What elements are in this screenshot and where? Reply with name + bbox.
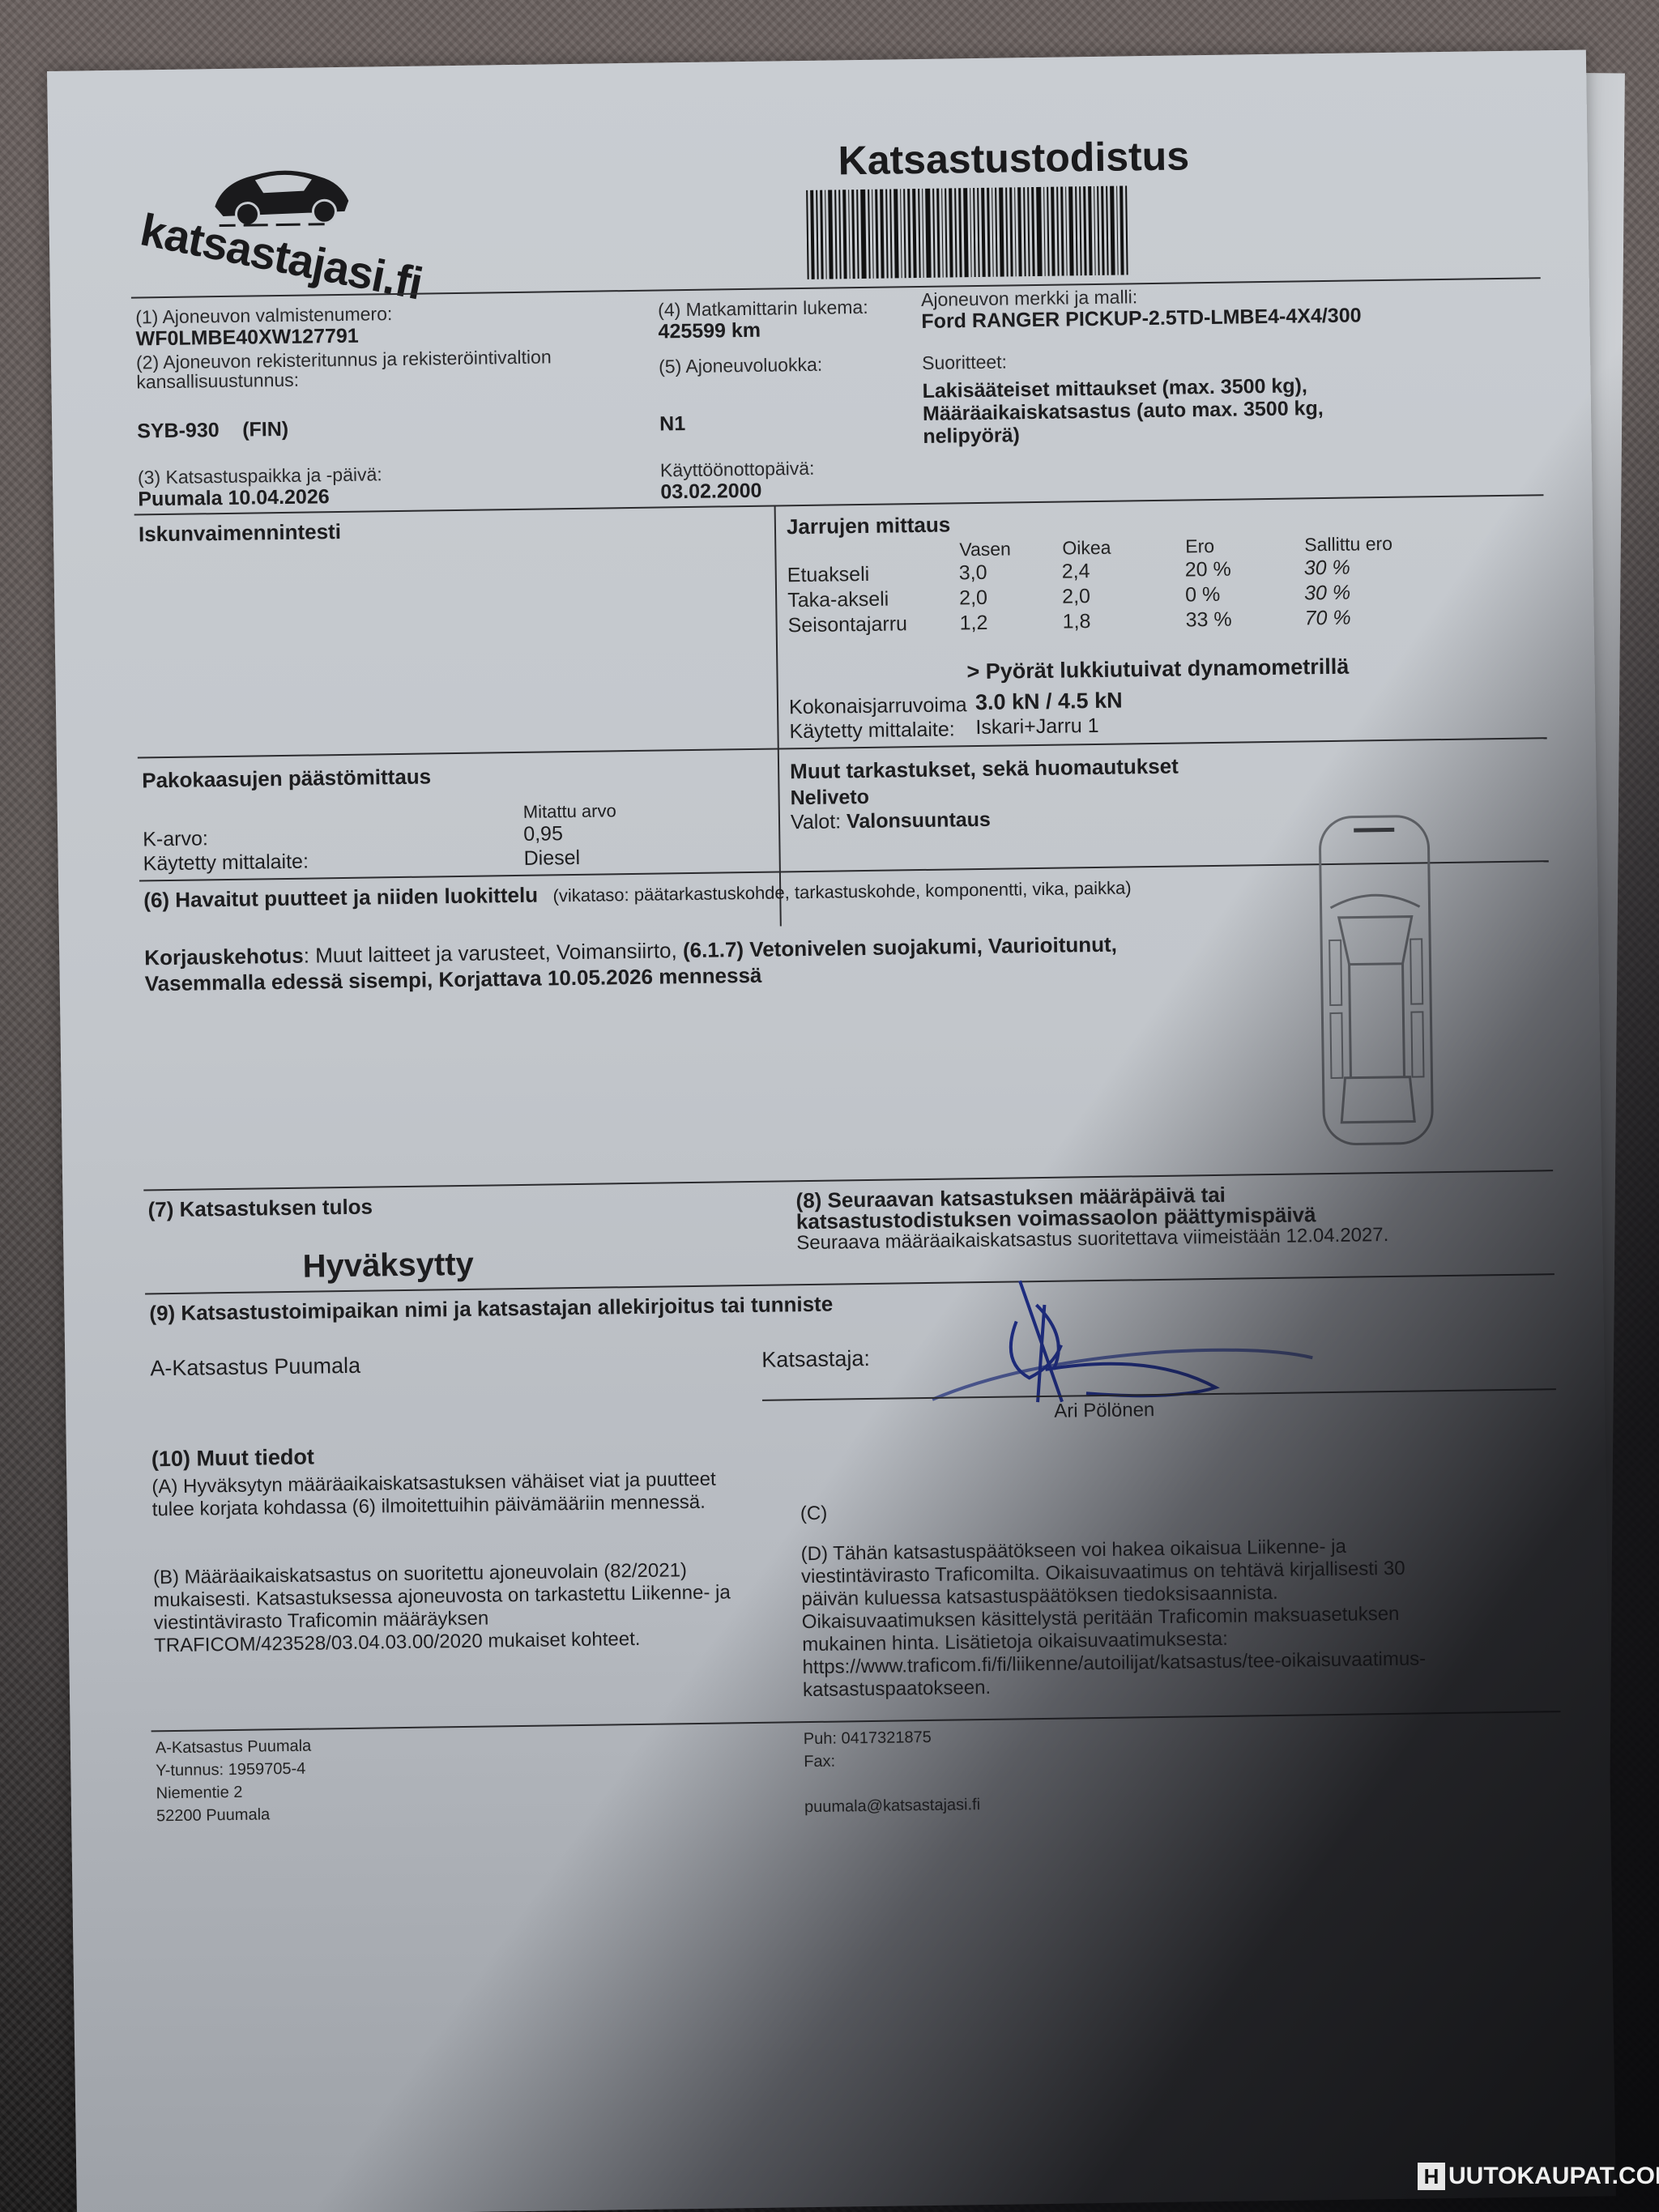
shock-test-title: Iskunvaimennintesti	[139, 519, 341, 547]
footer-fax: Fax:	[804, 1748, 979, 1773]
k-value: 0,95	[523, 822, 563, 846]
other-checks-title: Muut tarkastukset, sekä huomautukset	[790, 754, 1179, 785]
emissions-device-label: Käytetty mittalaite:	[143, 850, 309, 876]
performed-label: Suoritteet:	[922, 351, 1007, 373]
class-label: (5) Ajoneuvoluokka:	[659, 354, 822, 378]
col-right: Oikea	[1061, 535, 1184, 560]
other-checks-lights: Valot: Valonsuuntaus	[791, 808, 991, 834]
make-model-value: Ford RANGER PICKUP-2.5TD-LMBE4-4X4/300	[921, 304, 1362, 334]
place-date-value: Puumala 10.04.2026	[138, 485, 330, 511]
footer-street: Niementie 2	[156, 1780, 313, 1805]
brakes-device-value: Iskari+Jarru 1	[975, 714, 1099, 739]
brakes-note: > Pyörät lukkiutuivat dynamometrillä	[966, 654, 1349, 685]
reg-country: (FIN)	[242, 418, 288, 442]
footer-city: 52200 Puumala	[156, 1803, 313, 1828]
huutokaupat-watermark: H UUTOKAUPAT.COM	[1418, 2163, 1659, 2190]
lights-label: Valot:	[791, 810, 841, 833]
footer-ytunnus: Y-tunnus: 1959705-4	[156, 1758, 312, 1783]
col-left: Vasen	[958, 537, 1061, 562]
brakes-title: Jarrujen mittaus	[787, 512, 951, 539]
result-value: Hyväksytty	[302, 1247, 474, 1285]
odometer-value: 425599 km	[658, 319, 761, 344]
intro-label: Käyttöönottopäivä:	[660, 458, 815, 482]
defects-heading: (6) Havaitut puutteet ja niiden luokitte…	[143, 874, 1132, 913]
total-brake-value: 3.0 kN / 4.5 kN	[975, 688, 1123, 716]
vin-value: WF0LMBE40XW127791	[135, 325, 358, 352]
watermark-text: UUTOKAUPAT.COM	[1448, 2163, 1659, 2190]
inspection-certificate: katsastajasi.fi Katsastustodistus (1) Aj…	[47, 49, 1616, 2212]
barcode	[806, 184, 1248, 279]
k-value-label: K-arvo:	[143, 827, 208, 851]
station-name: A-Katsastus Puumala	[150, 1353, 360, 1382]
odometer-label: (4) Matkamittarin lukema:	[658, 296, 868, 322]
footer-address: A-Katsastus Puumala Y-tunnus: 1959705-4 …	[156, 1735, 313, 1828]
lights-value: Valonsuuntaus	[847, 808, 991, 833]
inspector-label: Katsastaja:	[761, 1346, 870, 1373]
footer-email[interactable]: puumala@katsastajasi.fi	[804, 1793, 980, 1818]
signature-title: (9) Katsastustoimipaikan nimi ja katsast…	[149, 1292, 833, 1327]
reg-value: SYB-930	[137, 419, 220, 443]
defect-entry: Korjauskehotus: Muut laitteet ja varuste…	[144, 929, 1295, 997]
other-info-c: (C)	[800, 1502, 828, 1525]
huutokaupat-logo-icon: H	[1418, 2163, 1445, 2190]
column-divider	[774, 505, 782, 926]
measured-value-label: Mitattu arvo	[523, 800, 616, 823]
footer-contact: Puh: 0417321875 Fax: puumala@katsastajas…	[804, 1725, 981, 1818]
defect-desc-bold: (6.1.7) Vetonivelen suojakumi, Vaurioitu…	[683, 932, 1117, 962]
col-diff: Ero	[1184, 533, 1303, 558]
emissions-device-value: Diesel	[523, 846, 580, 871]
divider	[134, 494, 1544, 515]
inspector-name: Ari Pölönen	[1054, 1399, 1154, 1423]
performed-line-3: nelipyörä)	[923, 424, 1020, 449]
reg-label: (2) Ajoneuvon rekisteritunnus ja rekiste…	[136, 346, 552, 373]
other-info-b: (B) Määräaikaiskatsastus on suoritettu a…	[153, 1558, 731, 1657]
car-top-view-icon	[1305, 809, 1448, 1151]
defect-severity: Korjauskehotus	[144, 944, 304, 970]
intro-date-value: 03.02.2000	[660, 479, 762, 505]
defects-title: (6) Havaitut puutteet ja niiden luokitte…	[143, 883, 538, 913]
footer-name: A-Katsastus Puumala	[156, 1735, 312, 1760]
footer-phone: Puh: 0417321875	[804, 1725, 979, 1750]
brakes-device-label: Käytetty mittalaite:	[789, 718, 955, 744]
other-info-a: (A) Hyväksytyn määräaikaiskatsastuksen v…	[151, 1468, 716, 1522]
other-info-d: (D) Tähän katsastuspäätökseen voi hakea …	[800, 1534, 1426, 1702]
result-title: (7) Katsastuksen tulos	[147, 1195, 373, 1223]
other-checks-item: Neliveto	[790, 786, 869, 810]
katsastajasi-logo: katsastajasi.fi	[130, 156, 399, 297]
class-value: N1	[659, 412, 685, 436]
col-allowed: Sallittu ero	[1303, 531, 1443, 556]
brakes-table: Vasen Oikea Ero Sallittu ero Etuakseli 3…	[787, 531, 1444, 639]
total-brake-label: Kokonaisjarruvoima	[789, 693, 967, 719]
defects-subtitle: (vikataso: päätarkastuskohde, tarkastusk…	[552, 877, 1131, 906]
emissions-title: Pakokaasujen päästömittaus	[142, 764, 431, 793]
defect-desc: : Muut laitteet ja varusteet, Voimansiir…	[304, 938, 684, 968]
reg-label-2: kansallisuustunnus:	[136, 369, 299, 394]
document-title: Katsastustodistus	[838, 132, 1189, 184]
place-label: (3) Katsastuspaikka ja -päivä:	[138, 463, 382, 488]
performed-line-2: Määräaikaiskatsastus (auto max. 3500 kg,	[923, 397, 1324, 426]
other-info-title: (10) Muut tiedot	[151, 1445, 314, 1473]
